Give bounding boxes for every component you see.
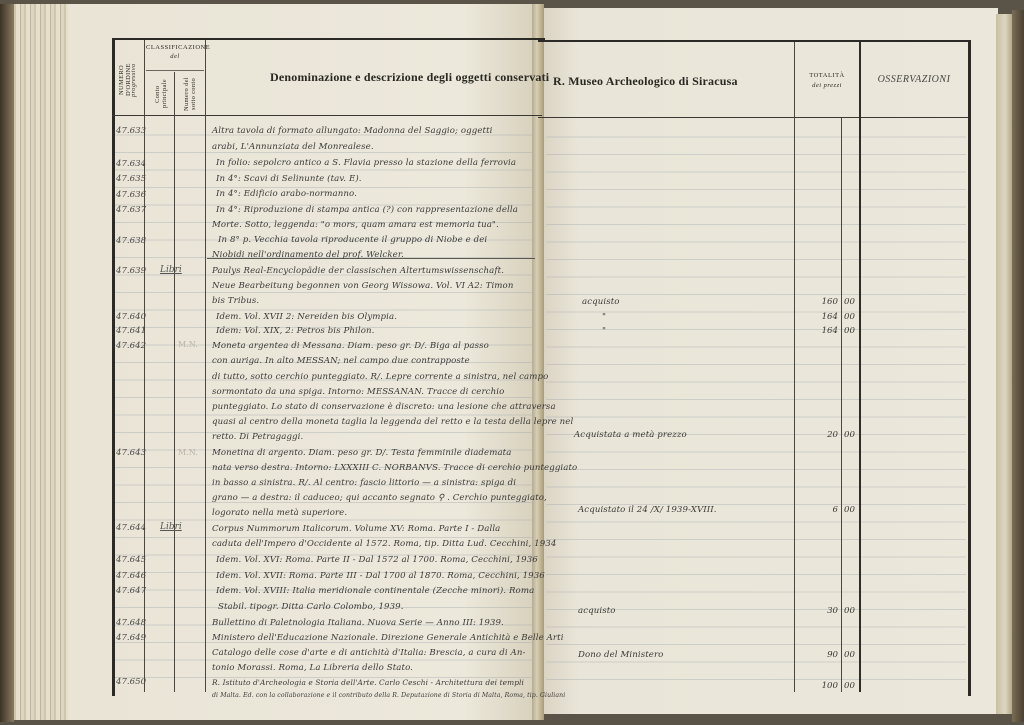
price-decimal: 00 [844,505,855,515]
entry-description: di tutto, sotto cerchio punteggiato. R/.… [212,372,548,382]
entry-description: Idem. Vol. XVII: Roma. Parte III - Dal 1… [216,571,545,581]
header-totalita: TOTALITÀ [796,72,858,79]
entry-number: 47.649 [116,633,146,643]
entry-description: In 4°: Edificio arabo-normanno. [216,189,357,199]
header-classificazione-sub: del [146,53,204,60]
price-integer: 6 [806,505,838,515]
acquisition-note: Dono del Ministero [578,650,663,660]
entry-number: 47.633 [116,126,146,136]
entry-number: 47.636 [116,190,146,200]
entry-description: Monetina di argento. Diam. peso gr. D/. … [212,448,511,458]
entry-description: In 4°: Riproduzione di stampa antica (?)… [216,205,518,215]
column-divider [174,72,175,692]
entry-description: Paulys Real-Encyclopädie der classischen… [212,266,504,276]
entry-number: 47.635 [116,174,146,184]
entry-description: Idem. Vol. XVIII: Italia meridionale con… [216,586,534,596]
open-ledger-book: NUMERO D'ORDINE progressivo CLASSIFICAZI… [0,0,1024,725]
acquisition-note: acquisto [578,606,616,616]
classification-mark-libri: Libri [160,522,182,532]
entry-description: Bullettino di Paletnologia Italiana. Nuo… [212,618,504,628]
entry-description: In folio: sepolcro antico a S. Flavia pr… [216,158,516,168]
header-conto-principale: Conto principale [154,76,168,112]
column-divider [859,42,861,692]
price-integer: 164 [806,312,838,322]
entry-description: Idem: Vol. XIX, 2: Petros bis Philon. [216,326,374,336]
header-numero-ordine: NUMERO D'ORDINE [118,48,128,112]
entry-description: logorato nella metà superiore. [212,508,347,518]
entry-number: 47.637 [116,205,146,215]
entry-number: 47.641 [116,326,146,336]
acquisition-note: Acquistato il 24 /X/ 1939-XVIII. [578,505,717,515]
entry-description: Morte. Sotto, leggenda: "o mors, quam am… [212,220,499,230]
column-divider [205,40,206,692]
entry-description: Catalogo delle cose d'arte e di antichit… [212,648,526,658]
entry-number: 47.648 [116,618,146,628]
price-decimal: 00 [844,312,855,322]
price-decimal: 00 [844,606,855,616]
entry-number: 47.646 [116,571,146,581]
table-frame-right [538,40,971,696]
classification-mark-libri: Libri [160,265,182,275]
entry-description: grano — a destra: il caduceo; qui accant… [212,493,547,503]
entry-description: in basso a sinistra. R/. Al centro: fasc… [212,478,516,488]
header-numero-sotto-conto: Numero del sotto conto [183,74,199,114]
entry-number: 47.645 [116,555,146,565]
price-integer: 160 [806,297,838,307]
header-totalita-sub: dei prezzi [796,82,858,89]
acquisition-note: " [602,326,606,336]
price-decimal-divider [841,118,842,692]
column-divider [794,42,795,692]
entry-description: quasi al centro della moneta taglia la l… [212,417,573,427]
entry-description: Idem. Vol. XVI: Roma. Parte II - Dal 157… [216,555,538,565]
entry-description: Niobidi nell'ordinamento del prof. Welck… [212,250,404,260]
acquisition-note: Acquistata a metà prezzo [574,430,687,440]
header-osservazioni: OSSERVAZIONI [862,74,966,85]
entry-number: 47.647 [116,586,146,596]
entry-description: punteggiato. Lo stato di conservazione è… [212,402,556,412]
classification-mark-faint: M.N. [178,448,198,457]
entry-number: 47.638 [116,236,146,246]
header-divider-left [112,115,542,116]
entry-number: 47.650 [116,677,146,687]
entry-number: 47.634 [116,159,146,169]
entry-description: In 8° p. Vecchia tavola riproducente il … [218,235,487,245]
table-frame-left [112,38,545,696]
entry-description: R. Istituto d'Archeologia e Storia dell'… [212,678,524,687]
entry-description: bis Tribus. [212,296,259,306]
entry-description: Corpus Nummorum Italicorum. Volume XV: R… [212,524,500,534]
header-museo-name: R. Museo Archeologico di Siracusa [553,74,738,89]
header-classificazione: CLASSIFICAZIONE [146,44,204,51]
price-decimal: 00 [844,297,855,307]
entry-description: Idem. Vol. XVII 2: Nereiden bis Olympia. [216,312,397,322]
entry-number: 47.640 [116,312,146,322]
header-numero-ordine-sub: progressivo [130,52,138,108]
entry-description: tonio Morassi. Roma, La Libreria dello S… [212,663,413,673]
price-integer: 164 [806,326,838,336]
entry-number: 47.642 [116,341,146,351]
classificazione-divider [146,70,204,71]
entry-number: 47.644 [116,523,146,533]
header-denominazione: Denominazione e descrizione degli oggett… [270,70,550,85]
page-stack-edges [14,4,70,720]
entry-description: retto. Di Petragaggi. [212,432,303,442]
classification-mark-faint: M.N. [178,340,198,349]
entry-number: 47.639 [116,266,146,276]
entry-description: Neue Bearbeitung begonnen von Georg Wiss… [212,281,513,291]
entry-number: 47.643 [116,448,146,458]
book-cover-left [0,4,14,722]
entry-description: Ministero dell'Educazione Nazionale. Dir… [212,633,564,643]
entry-description: Moneta argentea di Messana. Diam. peso g… [212,341,489,351]
header-divider-right [538,117,968,118]
entry-description: Stabil. tipogr. Ditta Carlo Colombo, 193… [218,602,404,612]
price-decimal: 00 [844,681,855,691]
entry-description: arabi, L'Annunziata del Monrealese. [212,142,374,152]
entry-description: Altra tavola di formato allungato: Madon… [212,126,493,136]
price-decimal: 00 [844,650,855,660]
entry-description: caduta dell'Impero d'Occidente al 1572. … [212,539,556,549]
price-integer: 100 [806,681,838,691]
price-integer: 30 [806,606,838,616]
price-decimal: 00 [844,430,855,440]
price-decimal: 00 [844,326,855,336]
acquisition-note: " [602,312,606,322]
entry-description: con auriga. In alto MESSAN; nel campo du… [212,356,470,366]
price-integer: 90 [806,650,838,660]
book-cover-right [1012,10,1024,722]
acquisition-note: acquisto [582,297,620,307]
entry-description: nata verso destra. Intorno: LXXXIII C. N… [212,463,577,473]
entry-description: di Malta. Ed. con la collaborazione e il… [212,692,565,699]
price-integer: 20 [806,430,838,440]
entry-description: In 4°: Scavi di Selinunte (tav. E). [216,174,362,184]
entry-description: sormontato da una spiga. Intorno: MESSAN… [212,387,504,397]
